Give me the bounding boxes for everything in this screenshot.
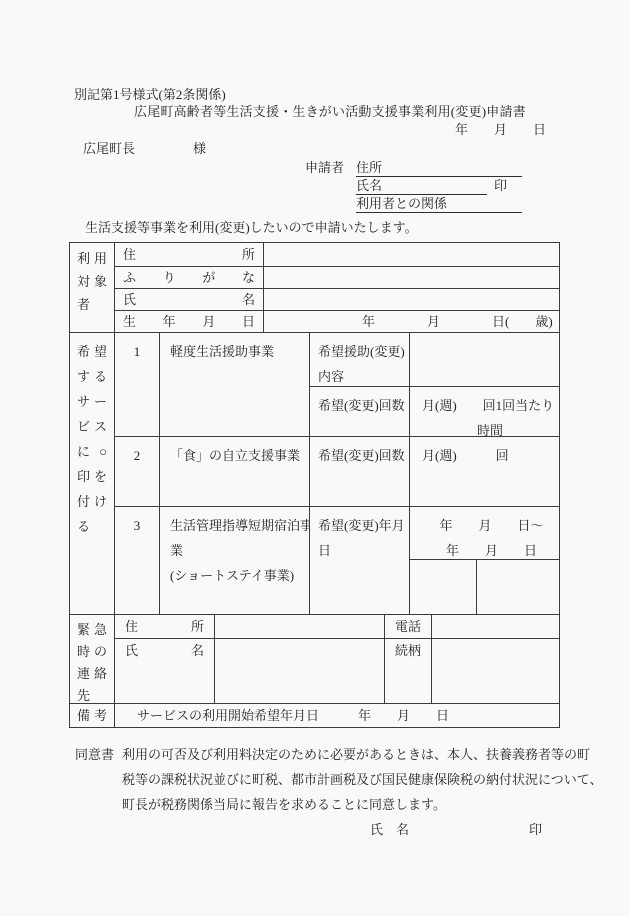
service-3-number: 3 [114, 506, 159, 614]
emergency-relation-value [431, 638, 559, 703]
declaration-sentence: 生活支援等事業を利用(変更)したいので申請いたします。 [85, 219, 418, 237]
value-line: 年 月 日～ [424, 513, 559, 538]
vheader-line: 者 [77, 293, 107, 316]
value-line: 年 月 日 [424, 538, 559, 559]
service-1-number: 1 [114, 333, 159, 436]
emergency-name-label: 氏名 [114, 638, 214, 703]
service-1-count-label: 希望(変更)回数 [309, 386, 409, 436]
emergency-address-label: 住所 [114, 615, 214, 638]
emergency-phone-label: 電話 [384, 615, 431, 638]
seal-mark: 印 [494, 177, 507, 195]
name-line: (ショートステイ事業) [170, 563, 309, 588]
section-requested-services: 希望 する サー ビス に○ 印を 付け る 1 軽度生活援助事業 希望援助(変… [70, 332, 559, 614]
target-person-vertical-header: 利用 対象 者 [70, 243, 114, 332]
applicant-relation-label: 利用者との関係 [356, 196, 447, 211]
vheader-line: に○ [77, 439, 107, 464]
remarks-label: 備考 [70, 704, 114, 727]
applicant-name-row: 氏名 印 [356, 177, 522, 195]
emergency-relation-label: 続柄 [384, 638, 431, 703]
consent-seal-mark: 印 [529, 822, 542, 837]
service-1-count-value: 月(週) 回1回当たり 時間 [409, 386, 559, 436]
applicant-block: 申請者 住所 氏名 印 利用者との関係 [305, 159, 522, 213]
service-3-extra-cell-left [410, 560, 477, 614]
service-1-name: 軽度生活援助事業 [159, 333, 309, 436]
target-furigana-value [263, 266, 559, 288]
label-line: 希望援助(変更) [318, 339, 409, 364]
section-remarks: 備考 サービスの利用開始希望年月日 年 月 日 [70, 703, 559, 727]
application-form-page: 別記第1号様式(第2条関係) 広尾町高齢者等生活支援・生きがい活動支援事業利用(… [0, 0, 630, 916]
vheader-line: 対象 [77, 270, 107, 293]
name-line: 業 [170, 538, 309, 563]
label-line: 内容 [318, 364, 409, 386]
service-2-count-value: 月(週) 回 [409, 436, 559, 506]
vheader-line: サー [77, 389, 107, 414]
applicant-label: 申請者 [305, 159, 345, 177]
addressee-line: 広尾町長様 [83, 140, 206, 158]
form-number: 別記第1号様式(第2条関係) [74, 86, 226, 104]
addressee-name: 広尾町長 [83, 141, 135, 156]
target-address-value [263, 243, 559, 266]
value-line: 時間 [422, 418, 559, 436]
service-1-content-label: 希望援助(変更) 内容 [309, 333, 409, 386]
service-3-date-value: 年 月 日～ 年 月 日 [409, 506, 559, 559]
value-line: 月(週) 回1回当たり [422, 393, 559, 418]
consent-name-label: 氏 名 [370, 822, 409, 837]
emergency-address-value [214, 615, 384, 638]
applicant-address-row: 申請者 住所 [305, 159, 522, 177]
emergency-name-value [214, 638, 384, 703]
vheader-line: 印を [77, 464, 107, 489]
target-birthdate-value: 年 月 日( 歳) [263, 310, 559, 332]
label-line: 希望(変更)年月 [318, 513, 409, 538]
target-address-label: 住所 [114, 243, 263, 266]
emergency-phone-value [431, 615, 559, 638]
vheader-line: 付け [77, 489, 107, 514]
vheader-line: 希望 [77, 339, 107, 364]
target-birthdate-label: 生年月日 [114, 310, 263, 332]
service-2-number: 2 [114, 436, 159, 506]
consent-text-line: 町長が税務関係当局に報告を求めることに同意します。 [122, 792, 568, 817]
service-2-name: 「食」の自立支援事業 [159, 436, 309, 506]
section-emergency-contact: 緊急 時の 連絡 先 住所 電話 氏名 続柄 [70, 614, 559, 703]
consent-label: 同意書 [75, 742, 114, 842]
target-name-label: 氏名 [114, 288, 263, 310]
applicant-name-label: 氏名 [356, 178, 382, 193]
vheader-line: 時の [77, 641, 107, 663]
vheader-line: 連絡 [77, 663, 107, 685]
service-1-content-value [409, 333, 559, 386]
consent-text-line: 利用の可否及び利用料決定のために必要があるときは、本人、扶養義務者等の町 [122, 742, 568, 767]
consent-signature-line: 氏 名印 [122, 817, 568, 842]
vheader-line: 利用 [77, 247, 107, 270]
vheader-line: する [77, 364, 107, 389]
page-title: 広尾町高齢者等生活支援・生きがい活動支援事業利用(変更)申請書 [134, 103, 526, 121]
name-line: 生活管理指導短期宿泊事 [170, 513, 309, 538]
applicant-relation-row: 利用者との関係 [356, 195, 522, 213]
services-vertical-header: 希望 する サー ビス に○ 印を 付け る [70, 333, 114, 614]
applicant-relation-field: 利用者との関係 [356, 195, 522, 213]
applicant-address-label: 住所 [356, 160, 382, 175]
applicant-name-field: 氏名 [356, 177, 487, 195]
service-3-extra-cells [409, 559, 559, 614]
emergency-vertical-header: 緊急 時の 連絡 先 [70, 615, 114, 703]
addressee-honorific: 様 [193, 141, 206, 156]
vheader-line: ビス [77, 414, 107, 439]
consent-text-line: 税等の課税状況並びに町税、都市計画税及び国民健康保険税の納付状況について、 [122, 767, 568, 792]
vheader-line: る [77, 514, 107, 539]
target-furigana-label: ふりがな [114, 266, 263, 288]
remarks-content: サービスの利用開始希望年月日 年 月 日 [114, 704, 559, 727]
service-3-date-label: 希望(変更)年月 日 [309, 506, 409, 614]
applicant-address-field: 住所 [356, 159, 522, 177]
consent-block: 同意書 利用の可否及び利用料決定のために必要があるときは、本人、扶養義務者等の町… [75, 742, 568, 842]
vheader-line: 緊急 [77, 619, 107, 641]
section-target-person: 利用 対象 者 住所 ふりがな 氏名 生年月日 年 月 日( 歳) [70, 243, 559, 332]
target-name-value [263, 288, 559, 310]
consent-body: 利用の可否及び利用料決定のために必要があるときは、本人、扶養義務者等の町 税等の… [122, 742, 568, 842]
service-2-count-label: 希望(変更)回数 [309, 436, 409, 506]
application-table: 利用 対象 者 住所 ふりがな 氏名 生年月日 年 月 日( 歳) 希望 する … [69, 242, 560, 728]
service-3-name: 生活管理指導短期宿泊事 業 (ショートステイ事業) [159, 506, 309, 614]
service-3-extra-cell-right [477, 560, 559, 614]
label-line: 日 [318, 538, 409, 563]
vheader-line: 先 [77, 685, 107, 703]
date-blank-line: 年 月 日 [455, 121, 546, 139]
